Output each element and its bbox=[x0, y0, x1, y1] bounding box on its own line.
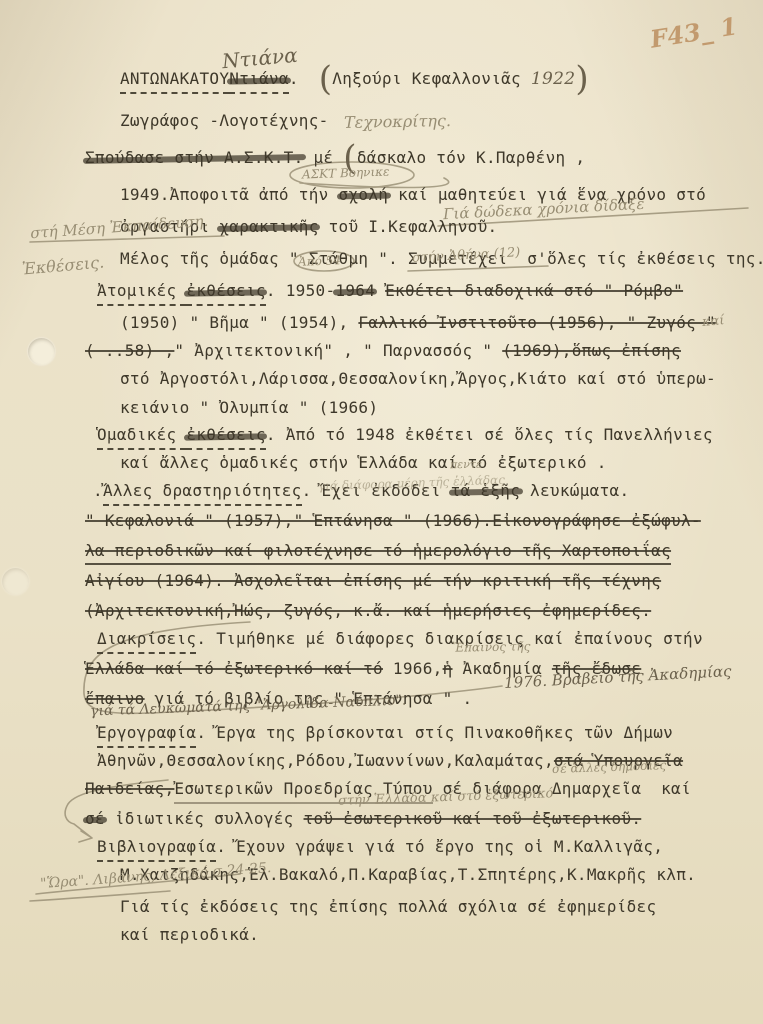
text-segment: . bbox=[289, 68, 319, 90]
pente-note: πεντε bbox=[450, 458, 482, 472]
typed-line: κειάνιο " Ὀλυμπία " (1966) bbox=[120, 397, 378, 419]
text-segment: " Κεφαλονιά " (1957)," Ἑπτάνησα " (1966)… bbox=[85, 510, 701, 532]
text-segment: Ἐργογραφία bbox=[97, 722, 196, 748]
text-segment: 1966, bbox=[383, 658, 443, 680]
text-segment: Ἑλλάδα καί τό ἐξωτερικό καί τό bbox=[85, 658, 383, 680]
text-segment: Ἄλλες δραστηριότητες bbox=[103, 480, 302, 506]
text-segment: Σπούδασε στήν Α.Σ.Κ.Τ. bbox=[85, 147, 304, 169]
text-segment: 1949.Ἀποφοιτᾶ ἀπό τήν bbox=[120, 184, 339, 206]
typed-line: Ἀτομικές ἐκθέσεις. 1950-1964 Ἐκθέτει δια… bbox=[97, 280, 683, 306]
text-segment: τοῦ ἐσωτερικοῦ καί τοῦ ἐξωτερικοῦ. bbox=[304, 808, 642, 830]
text-segment: καί περιοδικά. bbox=[120, 924, 259, 946]
epainos-note: Ἔπαινος τῆς bbox=[452, 639, 531, 654]
text-segment: . Ἔργα της βρίσκονται στίς Πινακοθῆκες τ… bbox=[196, 722, 673, 744]
text-segment: ἡ bbox=[443, 658, 453, 680]
typed-line: ( ..58) ," Ἀρχιτεκτονική" , " Παρνασσός … bbox=[85, 340, 681, 362]
typed-line: Γιά τίς ἐκδόσεις της ἐπίσης πολλά σχόλια… bbox=[120, 896, 656, 918]
text-segment: ἐκθέσεις bbox=[186, 424, 265, 450]
text-segment: Διακρίσεις bbox=[97, 628, 196, 654]
text-segment: Γιά τίς ἐκδόσεις της ἐπίσης πολλά σχόλια… bbox=[120, 896, 656, 918]
typed-line: σέ ἰδιωτικές συλλογές τοῦ ἐσωτερικοῦ καί… bbox=[85, 808, 641, 830]
text-segment: ( bbox=[319, 68, 333, 90]
typed-line: " Κεφαλονιά " (1957)," Ἑπτάνησα " (1966)… bbox=[85, 510, 701, 532]
text-segment: ἐκθέσεις bbox=[186, 280, 265, 306]
typed-line: Βιβλιογραφία. Ἔχουν γράψει γιά τό ἔργο τ… bbox=[97, 836, 663, 862]
text-segment: σέ bbox=[85, 808, 105, 830]
text-segment: (1969),ὅπως ἐπίσης bbox=[502, 340, 681, 362]
text-segment: στό Ἀργοστόλι,Λάρισσα,Θεσσαλονίκη,Ἄργος,… bbox=[120, 368, 716, 390]
typed-line: Ζωγράφος -Λογοτέχνης- bbox=[120, 110, 329, 132]
text-segment: . Τιμήθηκε μέ διάφορες διακρίσεις καί ἐπ… bbox=[196, 628, 703, 650]
text-segment: Ζωγράφος -Λογοτέχνης- bbox=[120, 110, 329, 132]
text-segment: (Ἀρχιτεκτονική,Ἠώς, ζυγός, κ.ἄ. καί ἡμερ… bbox=[85, 600, 651, 622]
typed-line: Ἐργογραφία. Ἔργα της βρίσκονται στίς Πιν… bbox=[97, 722, 673, 748]
text-segment: λευκώματα. bbox=[520, 480, 629, 502]
margin-ektheseis: Ἐκθέσεις. bbox=[21, 252, 105, 278]
typed-line: στό Ἀργοστόλι,Λάρισσα,Θεσσαλονίκη,Ἄργος,… bbox=[120, 368, 716, 390]
text-segment: σχολή bbox=[339, 184, 389, 206]
typed-line: λα περιοδικῶν καί φιλοτέχνησε τό ἡμερολό… bbox=[85, 540, 671, 565]
typed-line: καί περιοδικά. bbox=[120, 924, 259, 946]
text-segment: . bbox=[93, 480, 103, 502]
text-segment: δάσκαλο τόν Κ.Παρθένη , bbox=[357, 147, 585, 169]
text-segment: ( ..58) , bbox=[85, 340, 174, 362]
typed-line: Ὁμαδικές ἐκθέσεις. Ἀπό τό 1948 ἐκθέτει σ… bbox=[97, 424, 713, 450]
text-segment: ΑΝΤΩΝΑΚΑΤΟΥ bbox=[120, 68, 229, 94]
scanned-page: F43_ 1 ΑΝΤΩΝΑΚΑΤΟΥΝτιάνα. (Ληξούρι Κεφαλ… bbox=[0, 0, 763, 1024]
typed-line: καί ἄλλες ὁμαδικές στήν Ἑλλάδα καί τό ἐξ… bbox=[120, 452, 607, 474]
text-segment: (1950) " Βῆμα " (1954), bbox=[120, 312, 358, 334]
hole-punch bbox=[28, 338, 55, 365]
text-segment: Ἀθηνῶν,Θεσσαλονίκης,Ρόδου,Ἰωαννίνων,Καλα… bbox=[97, 750, 554, 772]
text-segment: Ὁμαδικές bbox=[97, 424, 186, 450]
text-segment: . Ἔχουν γράψει γιά τό ἔργο της οἱ Μ.Καλλ… bbox=[216, 836, 663, 858]
hole-punch bbox=[2, 568, 29, 595]
text-segment: χαρακτικῆς bbox=[219, 216, 318, 238]
text-segment: . 1950- bbox=[266, 280, 336, 302]
typed-line: (1950) " Βῆμα " (1954), Γαλλικό Ἰνστιτοῦ… bbox=[120, 312, 716, 334]
text-segment: ) bbox=[575, 68, 589, 90]
text-segment: Ληξούρι Κεφαλλονιᾶς bbox=[332, 68, 531, 90]
text-segment: Αἰγίου (1964). Ἀσχολεῖται ἐπίσης μέ τήν … bbox=[85, 570, 661, 592]
text-segment: Ἀτομικές bbox=[97, 280, 186, 306]
text-segment: κειάνιο " Ὀλυμπία " (1966) bbox=[120, 397, 378, 419]
askt-note: ΑΣΚΤ Βοηνικε bbox=[302, 164, 390, 181]
typed-line: (Ἀρχιτεκτονική,Ἠώς, ζυγός, κ.ἄ. καί ἡμερ… bbox=[85, 600, 651, 622]
text-segment: Βιβλιογραφία bbox=[97, 836, 216, 862]
text-segment: ἰδιωτικές συλλογές bbox=[105, 808, 304, 830]
public-collections-note: σέ ἄλλες δημόσιες bbox=[552, 758, 667, 776]
text-segment: καί ἄλλες ὁμαδικές στήν Ἑλλάδα καί τό ἐξ… bbox=[120, 452, 607, 474]
typed-line: Αἰγίου (1964). Ἀσχολεῖται ἐπίσης μέ τήν … bbox=[85, 570, 661, 592]
typed-line: ΑΝΤΩΝΑΚΑΤΟΥΝτιάνα. (Ληξούρι Κεφαλλονιᾶς … bbox=[120, 68, 589, 94]
text-segment: λα περιοδικῶν καί φιλοτέχνησε τό ἡμερολό… bbox=[85, 540, 671, 565]
text-segment: . Ἀπό τό 1948 ἐκθέτει σέ ὅλες τίς Πανελλ… bbox=[266, 424, 713, 446]
profession-addition: Τεχνοκρίτης. bbox=[344, 111, 451, 132]
text-segment: Ἐκθέτει διαδοχικά στό " Ρόμβο" bbox=[385, 280, 683, 302]
text-segment: 1964 bbox=[335, 280, 375, 302]
text-segment: 1922 bbox=[531, 68, 575, 90]
text-segment: " Ἀρχιτεκτονική" , " Παρνασσός " bbox=[174, 340, 502, 362]
text-segment: Γαλλικό Ἰνστιτοῦτο (1956), " Ζυγός " bbox=[358, 312, 716, 334]
apo-54-note: Ἀπό 54 bbox=[298, 253, 341, 268]
typed-line: Διακρίσεις. Τιμήθηκε μέ διάφορες διακρίσ… bbox=[97, 628, 703, 654]
folio-label: F43_ 1 bbox=[648, 11, 739, 53]
kai-note: καί bbox=[701, 313, 725, 330]
text-segment: Παιδείας, bbox=[85, 778, 174, 800]
